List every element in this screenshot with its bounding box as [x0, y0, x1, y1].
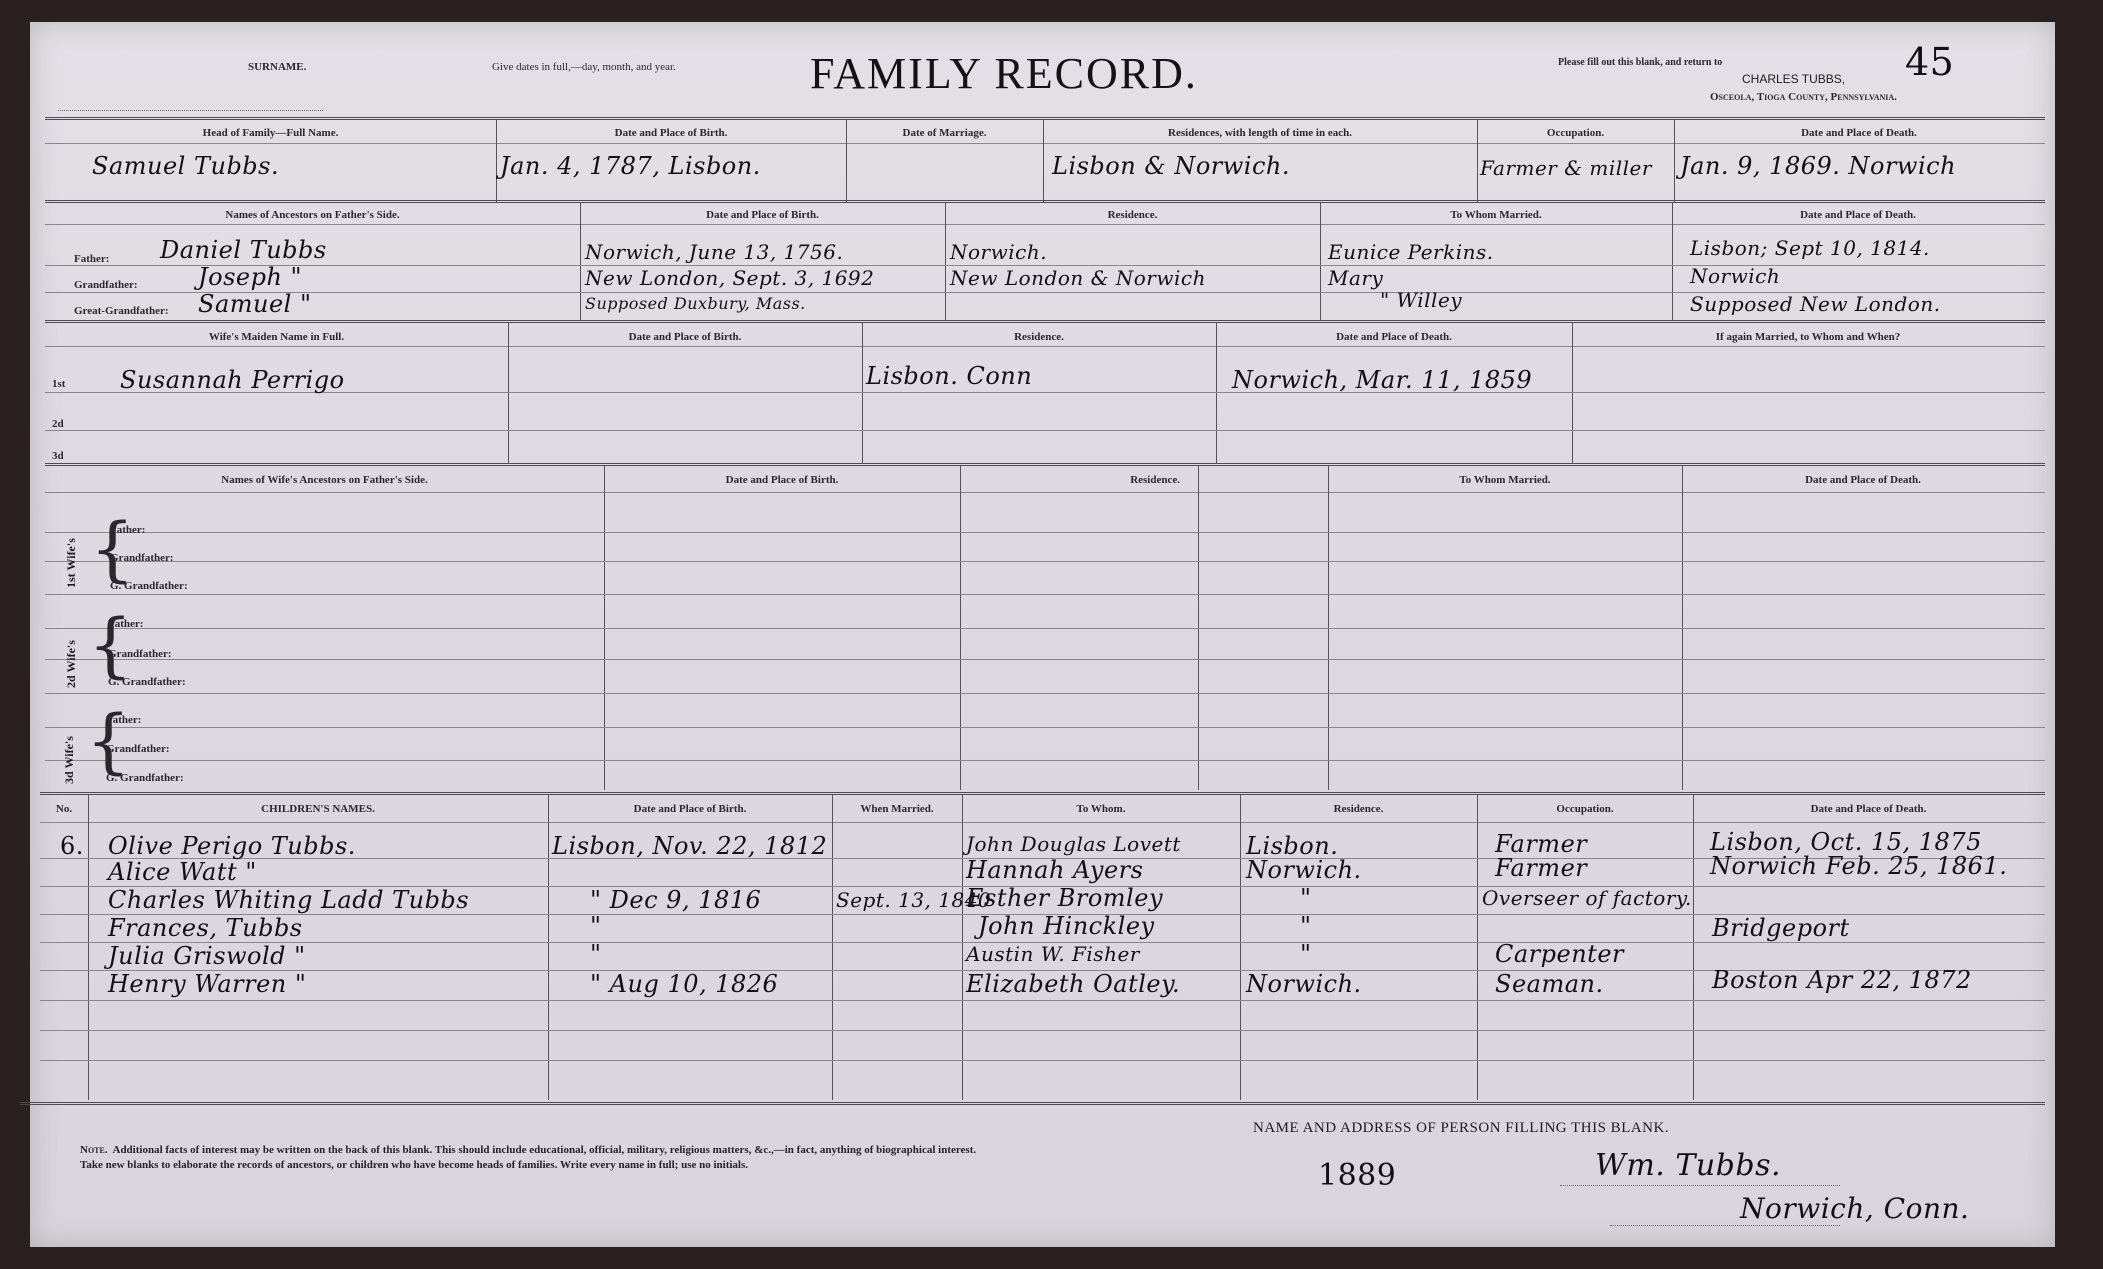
record-number: 45 [1905, 40, 1954, 84]
col-wife-remarried: If again Married, to Whom and When? [1572, 331, 2044, 343]
col-child-residence: Residence. [1240, 803, 1477, 815]
filler-label: NAME AND ADDRESS OF PERSON FILLING THIS … [1253, 1120, 1669, 1137]
head-birth: Jan. 4, 1787, Lisbon. [500, 152, 761, 180]
surname-line [58, 110, 323, 111]
children-count: 6. [60, 832, 84, 860]
wife-residence: Lisbon. Conn [866, 362, 1032, 390]
col-child-occupation: Occupation. [1477, 803, 1693, 815]
dates-instruction: Give dates in full,—day, month, and year… [492, 61, 676, 73]
col-anc-birth: Date and Place of Birth. [580, 209, 945, 221]
col-anc-residence: Residence. [945, 209, 1320, 221]
col-head-residences: Residences, with length of time in each. [1043, 127, 1477, 139]
col-wife-name: Wife's Maiden Name in Full. [45, 331, 508, 343]
divider [45, 117, 2045, 120]
col-wanc-death: Date and Place of Death. [1682, 474, 2044, 486]
col-wife-residence: Residence. [862, 331, 1216, 343]
head-name: Samuel Tubbs. [92, 152, 279, 180]
return-name: CHARLES TUBBS, [1742, 72, 1845, 86]
filler-address: Norwich, Conn. [1740, 1192, 1969, 1225]
page-title: FAMILY RECORD. [810, 48, 1198, 99]
wife-death: Norwich, Mar. 11, 1859 [1232, 366, 1532, 394]
col-head-name: Head of Family—Full Name. [45, 127, 496, 139]
family-record-form [30, 22, 2055, 1247]
surname-label: SURNAME. [248, 61, 306, 73]
note-label: Note. [80, 1144, 108, 1156]
father-name: Daniel Tubbs [160, 236, 327, 264]
col-anc-name: Names of Ancestors on Father's Side. [45, 209, 580, 221]
return-instruction: Please fill out this blank, and return t… [1558, 57, 1722, 68]
divider [45, 143, 2045, 144]
col-wife-birth: Date and Place of Birth. [508, 331, 862, 343]
col-wanc-married: To Whom Married. [1328, 474, 1682, 486]
col-anc-death: Date and Place of Death. [1672, 209, 2044, 221]
great-grandfather-name: Samuel " [198, 290, 312, 318]
col-child-to-whom: To Whom. [962, 803, 1240, 815]
note-text: Note. Additional facts of interest may b… [80, 1143, 980, 1173]
grandfather-name: Joseph " [198, 263, 302, 291]
col-child-name: CHILDREN'S NAMES. [88, 803, 548, 815]
col-child-birth: Date and Place of Birth. [548, 803, 832, 815]
col-head-marriage: Date of Marriage. [846, 127, 1043, 139]
col-anc-married: To Whom Married. [1320, 209, 1672, 221]
return-address: Osceola, Tioga County, Pennsylvania. [1710, 91, 1897, 103]
col-child-death: Date and Place of Death. [1693, 803, 2044, 815]
col-child-no: No. [40, 803, 88, 815]
col-head-death: Date and Place of Death. [1674, 127, 2044, 139]
col-head-birth: Date and Place of Birth. [496, 127, 846, 139]
note-body: Additional facts of interest may be writ… [80, 1144, 976, 1171]
filler-name: Wm. Tubbs. [1595, 1148, 1781, 1183]
head-occupation: Farmer & miller [1480, 156, 1652, 180]
head-death: Jan. 9, 1869. Norwich [1680, 152, 1956, 180]
col-head-occupation: Occupation. [1477, 127, 1674, 139]
col-child-when-married: When Married. [832, 803, 962, 815]
col-wanc-name: Names of Wife's Ancestors on Father's Si… [45, 474, 604, 486]
head-residences: Lisbon & Norwich. [1052, 152, 1290, 180]
col-wanc-birth: Date and Place of Birth. [604, 474, 960, 486]
filler-year: 1889 [1318, 1158, 1396, 1193]
col-wife-death: Date and Place of Death. [1216, 331, 1572, 343]
col-wanc-residence: Residence. [960, 474, 1180, 486]
wife-name: Susannah Perrigo [120, 366, 345, 394]
